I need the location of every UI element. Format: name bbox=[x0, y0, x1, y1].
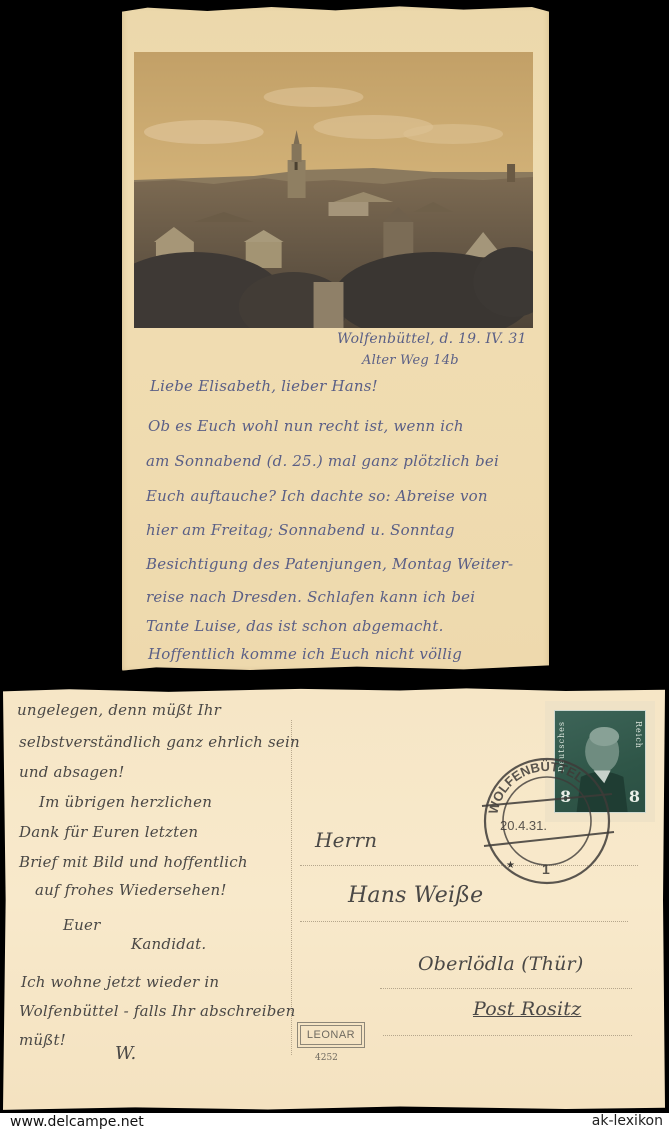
svg-text:20.4.31.: 20.4.31. bbox=[500, 818, 547, 833]
watermark-bar: www.delcampe.net bbox=[0, 1113, 669, 1132]
watermark-ak-lexikon: ak-lexikon bbox=[592, 1113, 663, 1129]
message-line: Brief mit Bild und hoffentlich bbox=[19, 853, 248, 871]
message-line: Dank für Euren letzten bbox=[19, 823, 198, 841]
watermark-delcampe: www.delcampe.net bbox=[10, 1114, 144, 1130]
sender-address: Alter Weg 14b bbox=[362, 353, 459, 368]
message-line: ungelegen, denn müßt Ihr bbox=[17, 701, 221, 719]
address-name: Hans Weiße bbox=[348, 883, 483, 908]
address-line bbox=[380, 988, 632, 989]
postcard-back: ungelegen, denn müßt Ihr selbstverständl… bbox=[3, 688, 665, 1112]
address-line bbox=[383, 1035, 632, 1036]
message-line: und absagen! bbox=[19, 763, 124, 781]
message-line: müßt! bbox=[19, 1031, 66, 1049]
message-line: auf frohes Wiedersehen! bbox=[35, 881, 227, 899]
address-post: Post Rositz bbox=[473, 998, 581, 1020]
svg-text:★: ★ bbox=[506, 860, 515, 871]
message-line: am Sonnabend (d. 25.) mal ganz plötzlich… bbox=[146, 452, 499, 470]
publisher-number: 4252 bbox=[315, 1053, 338, 1063]
message-line: Ich wohne jetzt wieder in bbox=[21, 973, 219, 991]
message-line: reise nach Dresden. Schlafen kann ich be… bbox=[146, 588, 475, 606]
address-salutation: Herrn bbox=[315, 828, 377, 852]
svg-text:1: 1 bbox=[542, 861, 550, 877]
message-line: selbstverständlich ganz ehrlich sein bbox=[19, 733, 300, 751]
publisher-logo: LEONAR bbox=[300, 1025, 362, 1045]
dateline: Wolfenbüttel, d. 19. IV. 31 bbox=[337, 331, 527, 347]
svg-text:WOLFENBÜTTEL: WOLFENBÜTTEL bbox=[485, 759, 586, 816]
stamp-country-right: Reich bbox=[634, 721, 643, 749]
signature: Kandidat. bbox=[131, 935, 206, 953]
town-panorama-illustration bbox=[134, 52, 533, 328]
address-line bbox=[300, 921, 628, 922]
postcard-front: Wolfenbüttel, d. 19. IV. 31 Alter Weg 14… bbox=[122, 5, 549, 672]
message-line: Wolfenbüttel - falls Ihr abschreiben bbox=[19, 1002, 295, 1020]
postmark-icon: WOLFENBÜTTEL 20.4.31. 1 ★ bbox=[472, 746, 622, 896]
message-line: Hoffentlich komme ich Euch nicht völlig bbox=[148, 645, 462, 663]
message-line: Euch auftauche? Ich dachte so: Abreise v… bbox=[146, 487, 488, 505]
town-photo bbox=[134, 52, 533, 328]
address-town: Oberlödla (Thür) bbox=[418, 953, 583, 975]
message-line: Liebe Elisabeth, lieber Hans! bbox=[150, 377, 378, 395]
initial: W. bbox=[115, 1043, 136, 1064]
message-line: hier am Freitag; Sonnabend u. Sonntag bbox=[146, 521, 455, 539]
message-line: Besichtigung des Patenjungen, Montag Wei… bbox=[146, 555, 513, 573]
message-line: Euer bbox=[63, 916, 100, 934]
message-line: Tante Luise, das ist schon abgemacht. bbox=[146, 617, 444, 635]
message-line: Ob es Euch wohl nun recht ist, wenn ich bbox=[148, 417, 464, 435]
stamp-value-right: 8 bbox=[629, 787, 640, 806]
message-line: Im übrigen herzlichen bbox=[39, 793, 212, 811]
